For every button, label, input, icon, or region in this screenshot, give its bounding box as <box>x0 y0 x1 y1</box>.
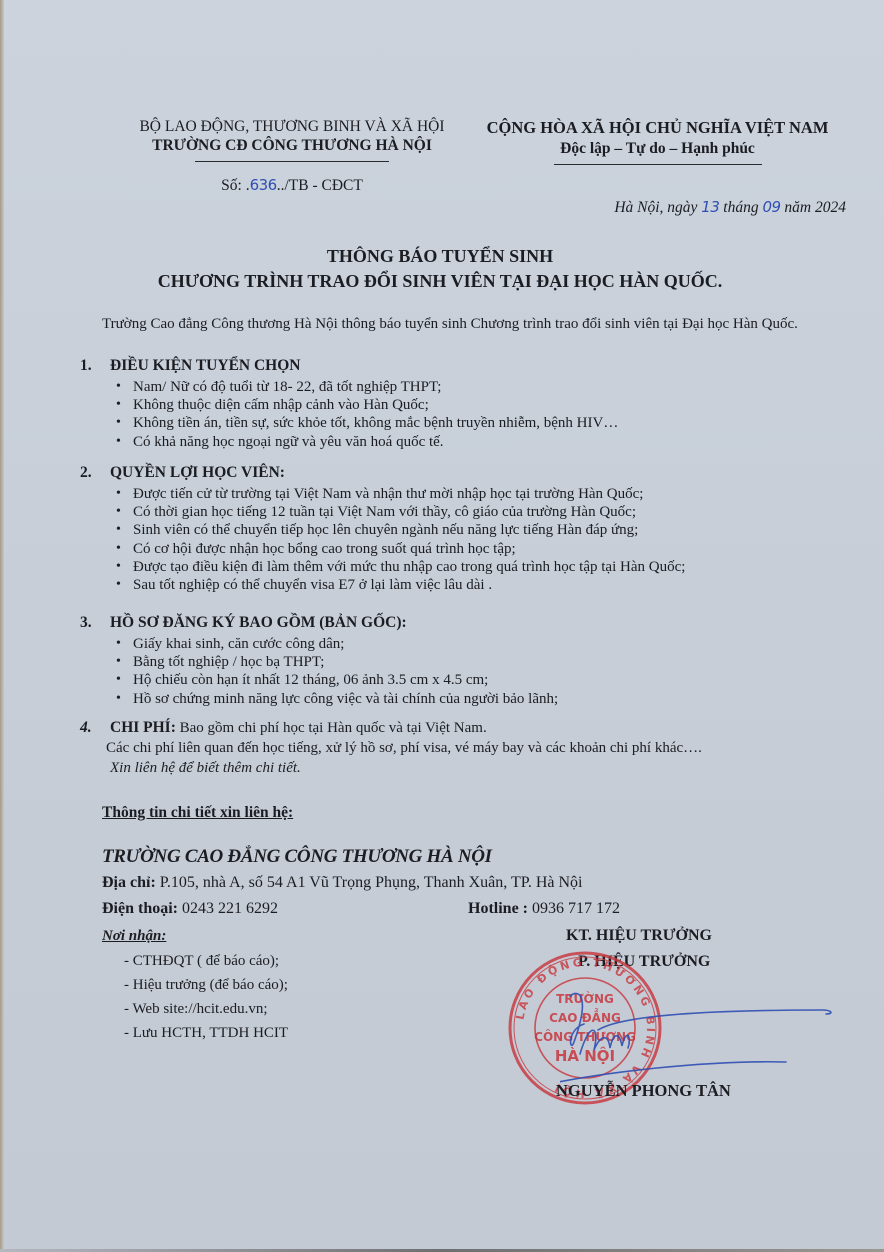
document-date: Hà Nội, ngày 13 tháng 09 năm 2024 <box>614 198 846 217</box>
document-title: THÔNG BÁO TUYỂN SINH CHƯƠNG TRÌNH TRAO Đ… <box>90 244 790 294</box>
phone-label: Điện thoại: <box>102 900 178 917</box>
section-4-contact-note: Xin liên hệ để biết thêm chi tiết. <box>110 760 301 777</box>
ministry-name: BỘ LAO ĐỘNG, THƯƠNG BINH VÀ XÃ HỘI <box>112 118 472 136</box>
recipient-item: - Hiệu trưởng (để báo cáo); <box>124 974 288 998</box>
date-year: năm 2024 <box>781 199 846 216</box>
hotline-value: 0936 717 172 <box>528 900 620 917</box>
signer-name: NGUYỄN PHONG TÂN <box>556 1081 731 1101</box>
number-suffix: ../TB - CĐCT <box>277 177 363 194</box>
list-item: Được tạo điều kiện đi làm thêm với mức t… <box>116 558 685 576</box>
list-item: Nam/ Nữ có độ tuổi từ 18- 22, đã tốt ngh… <box>116 378 618 396</box>
section-title: QUYỀN LỢI HỌC VIÊN: <box>110 464 285 481</box>
document-page: BỘ LAO ĐỘNG, THƯƠNG BINH VÀ XÃ HỘI TRƯỜN… <box>0 0 884 1252</box>
date-prefix: Hà Nội, ngày <box>614 199 701 216</box>
section-1-heading: 1.ĐIỀU KIỆN TUYỂN CHỌN <box>80 357 300 375</box>
section-3-heading: 3.HỒ SƠ ĐĂNG KÝ BAO GỒM (BẢN GỐC): <box>80 614 407 632</box>
header-divider <box>195 161 389 162</box>
list-item: Sau tốt nghiệp có thể chuyển visa E7 ở l… <box>116 576 685 594</box>
title-line-1: THÔNG BÁO TUYỂN SINH <box>90 244 790 269</box>
section-2-heading: 2.QUYỀN LỢI HỌC VIÊN: <box>80 464 285 482</box>
address-label: Địa chỉ: <box>102 874 156 891</box>
list-item: Có cơ hội được nhận học bổng cao trong s… <box>116 540 685 558</box>
recipients-list: - CTHĐQT ( để báo cáo); - Hiệu trưởng (đ… <box>124 950 288 1046</box>
school-name: TRƯỜNG CĐ CÔNG THƯƠNG HÀ NỘI <box>112 137 472 155</box>
section-2-list: Được tiến cử từ trường tại Việt Nam và n… <box>116 485 685 594</box>
list-item: Không tiền án, tiền sự, sức khỏe tốt, kh… <box>116 414 618 432</box>
contact-school-name: TRƯỜNG CAO ĐẲNG CÔNG THƯƠNG HÀ NỘI <box>102 846 492 868</box>
national-header: CỘNG HÒA XÃ HỘI CHỦ NGHĨA VIỆT NAM Độc l… <box>470 118 845 165</box>
section-3-list: Giấy khai sinh, căn cước công dân; Bằng … <box>116 635 558 708</box>
contact-heading: Thông tin chi tiết xin liên hệ: <box>102 804 293 822</box>
number-handwritten: 636 <box>250 176 277 194</box>
signature-title-1: KT. HIỆU TRƯỞNG <box>566 927 712 945</box>
national-motto: Độc lập – Tự do – Hạnh phúc <box>470 140 845 158</box>
section-number: 2. <box>80 464 110 482</box>
contact-hotline: Hotline : 0936 717 172 <box>468 900 620 918</box>
section-1-list: Nam/ Nữ có độ tuổi từ 18- 22, đã tốt ngh… <box>116 378 618 451</box>
date-month: 09 <box>762 198 780 216</box>
contact-phone: Điện thoại: 0243 221 6292 <box>102 900 278 918</box>
motto-divider <box>554 164 762 165</box>
hotline-label: Hotline : <box>468 900 528 917</box>
section-4-heading: 4.CHI PHÍ: Bao gồm chi phí học tại Hàn q… <box>80 719 487 737</box>
list-item: Giấy khai sinh, căn cước công dân; <box>116 635 558 653</box>
country-name: CỘNG HÒA XÃ HỘI CHỦ NGHĨA VIỆT NAM <box>470 118 845 138</box>
list-item: Sinh viên có thể chuyển tiếp học lên chu… <box>116 521 685 539</box>
title-line-2: CHƯƠNG TRÌNH TRAO ĐỔI SINH VIÊN TẠI ĐẠI … <box>90 269 790 294</box>
section-title: CHI PHÍ: <box>110 719 176 736</box>
paper-edge-left <box>0 0 4 1252</box>
phone-value: 0243 221 6292 <box>178 900 278 917</box>
issuer-header: BỘ LAO ĐỘNG, THƯƠNG BINH VÀ XÃ HỘI TRƯỜN… <box>112 118 472 195</box>
intro-paragraph: Trường Cao đẳng Công thương Hà Nội thông… <box>102 316 842 333</box>
section-title: HỒ SƠ ĐĂNG KÝ BAO GỒM (BẢN GỐC): <box>110 614 407 631</box>
list-item: Có khả năng học ngoại ngữ và yêu văn hoá… <box>116 433 618 451</box>
number-prefix: Số: . <box>221 177 249 194</box>
list-item: Hộ chiếu còn hạn ít nhất 12 tháng, 06 ản… <box>116 671 558 689</box>
date-day: 13 <box>701 198 719 216</box>
section-number: 4. <box>80 719 110 737</box>
contact-address: Địa chỉ: P.105, nhà A, số 54 A1 Vũ Trọng… <box>102 874 583 892</box>
section-4-text: Bao gồm chi phí học tại Hàn quốc và tại … <box>176 720 487 736</box>
address-value: P.105, nhà A, số 54 A1 Vũ Trọng Phụng, T… <box>156 874 583 891</box>
recipient-item: - Web site://hcit.edu.vn; <box>124 998 288 1022</box>
list-item: Không thuộc diện cấm nhập cảnh vào Hàn Q… <box>116 396 618 414</box>
recipients-heading: Nơi nhận: <box>102 928 166 945</box>
date-month-label: tháng <box>719 199 762 216</box>
handwritten-signature-icon <box>560 990 840 1090</box>
list-item: Có thời gian học tiếng 12 tuần tại Việt … <box>116 503 685 521</box>
section-number: 3. <box>80 614 110 632</box>
list-item: Hồ sơ chứng minh năng lực công việc và t… <box>116 690 558 708</box>
document-number: Số: .636../TB - CĐCT <box>112 176 472 195</box>
list-item: Được tiến cử từ trường tại Việt Nam và n… <box>116 485 685 503</box>
list-item: Bằng tốt nghiệp / học bạ THPT; <box>116 653 558 671</box>
recipient-item: - CTHĐQT ( để báo cáo); <box>124 950 288 974</box>
section-title: ĐIỀU KIỆN TUYỂN CHỌN <box>110 357 300 374</box>
section-number: 1. <box>80 357 110 375</box>
section-4-costs: Các chi phí liên quan đến học tiếng, xử … <box>106 740 702 757</box>
recipient-item: - Lưu HCTH, TTDH HCIT <box>124 1022 288 1046</box>
